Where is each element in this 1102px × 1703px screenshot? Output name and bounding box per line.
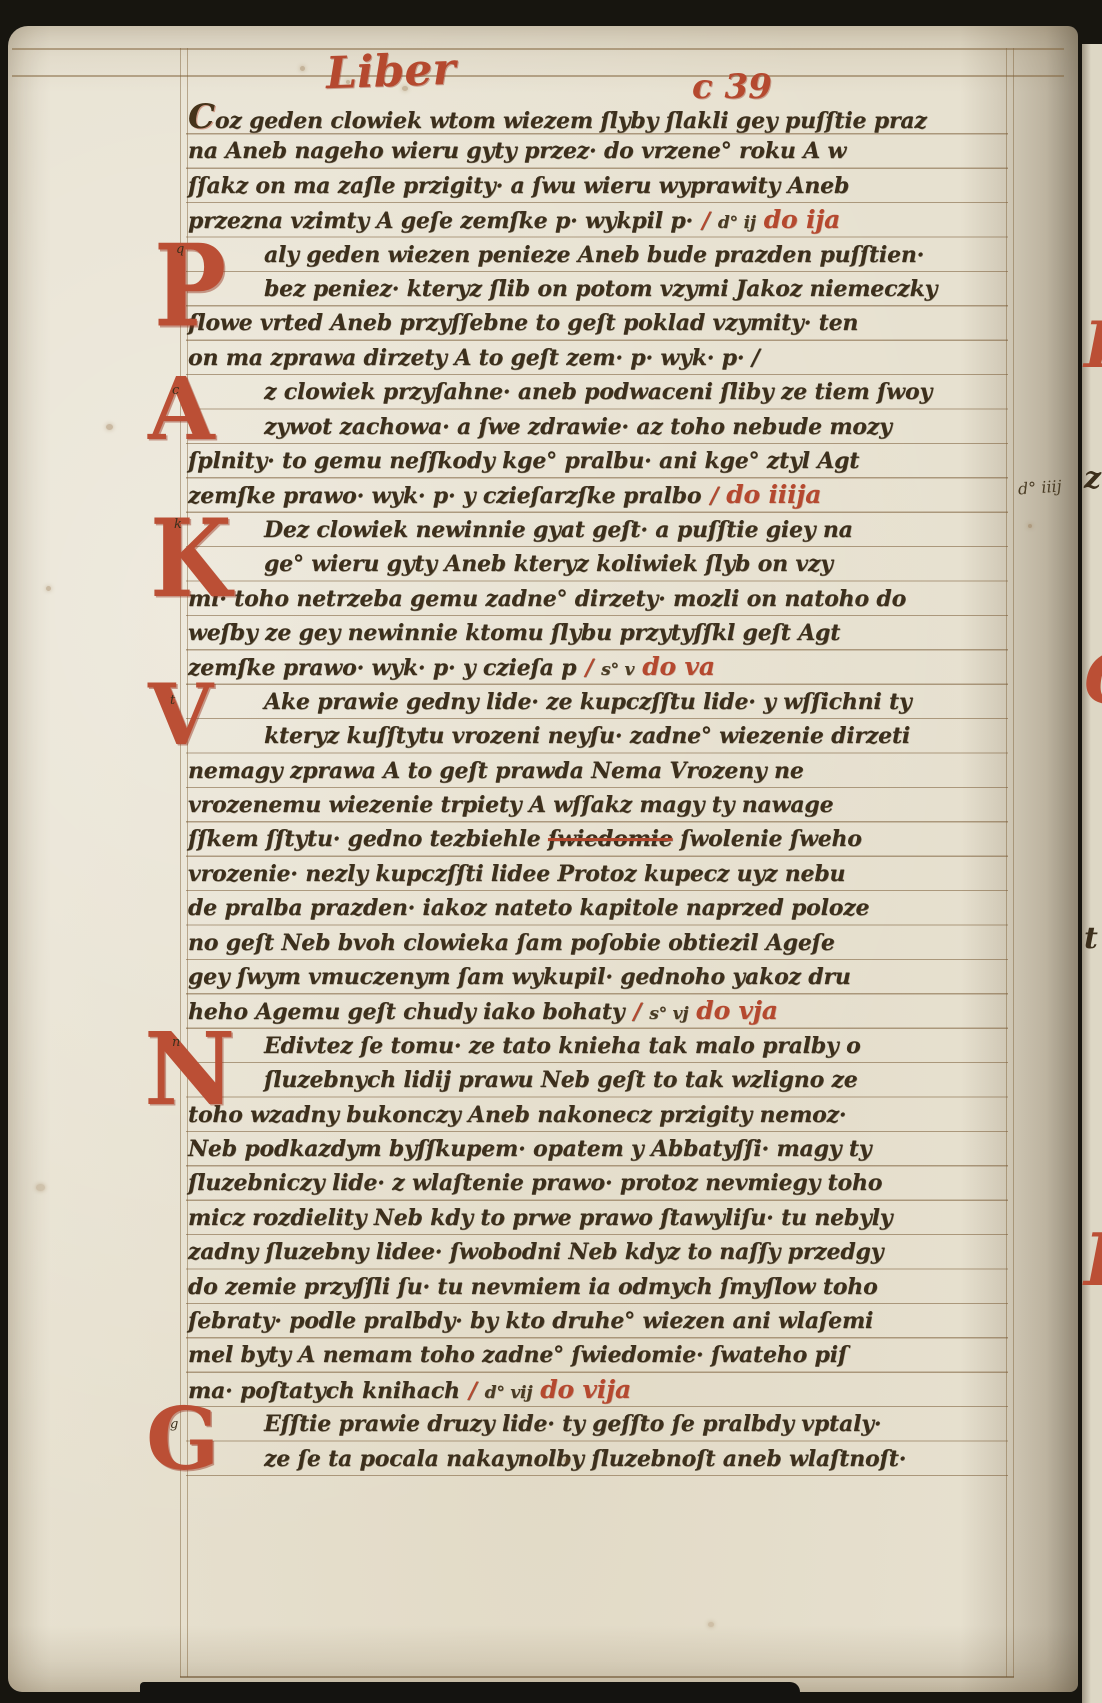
initial-guide-letter: t (170, 693, 175, 708)
ruling-line (180, 1676, 1014, 1678)
text-line: mi· toho netrzeba gemu zadne° dirzety· m… (188, 582, 1006, 616)
paragraph: P q aly geden wiezen penieze Aneb bude p… (188, 238, 1006, 376)
paragraph-lines: Dez clowiek newinnie gyat geſt· a puſſti… (188, 513, 1006, 685)
parchment-stain (46, 586, 51, 591)
text-line: ze ſe ta pocala nakaynolby ſluzebnoſt an… (188, 1442, 1006, 1476)
reference-mark: d° vij (485, 1383, 533, 1403)
running-title: Liber (325, 48, 456, 96)
text-line: mel byty A nemam toho zadne° ſwiedomie· … (188, 1338, 1006, 1372)
text-line: no geſt Neb bvoh clowieka ſam poſobie ob… (188, 926, 1006, 960)
text-line: toho wzadny bukonczy Aneb nakonecz przig… (188, 1098, 1006, 1132)
text-line: heho Agemu geſt chudy iako bohaty/s° vjd… (188, 994, 1006, 1028)
text-line: na Aneb nageho wieru gyty przez· do vrze… (188, 134, 1006, 168)
ruling-line (1013, 48, 1014, 1677)
rubric-reference: do iiija (726, 480, 821, 509)
initial-guide-letter: k (174, 517, 182, 532)
paragraph-lines: Edivtez ſe tomu· ze tato knieha tak malo… (188, 1029, 1006, 1407)
paragraph-lines: Eſſtie prawie druzy lide· ty geſſto ſe p… (188, 1407, 1006, 1476)
rubric-reference: do ija (764, 205, 840, 234)
initial-guide-letter: g (170, 1417, 178, 1432)
parchment-stain (106, 424, 113, 430)
text-line: do zemie przyſſli ſu· tu nevmiem ia odmy… (188, 1270, 1006, 1304)
parchment-stain (1028, 524, 1032, 528)
text-line: bez peniez· kteryz ſlib on potom vzymi J… (188, 272, 1006, 306)
rubric-slash: / (585, 655, 593, 681)
text-line: vrozenie· nezly kupczſſti lidee Protoz k… (188, 857, 1006, 891)
parchment-stain (402, 86, 408, 91)
facing-page-letter-fragment: C (1084, 644, 1102, 714)
text-line: ſſkem ſſtytu· gedno tezbiehle ſwiedomie … (188, 822, 1006, 856)
text-line: zywot zachowa· a ſwe zdrawie· az toho ne… (188, 410, 1006, 444)
parchment-stain (346, 80, 350, 84)
lombard-initial: N (144, 1019, 235, 1119)
lombard-initial: A (148, 367, 215, 453)
text-line: ſſakz on ma zaſle przigity· a ſwu wieru … (188, 169, 1006, 203)
facing-page-edge: P z C t B (1082, 44, 1102, 1703)
book-cradle-strip (140, 1682, 800, 1703)
paragraph-lines: aly geden wiezen penieze Aneb bude prazd… (188, 238, 1006, 376)
chapter-number: c 39 (692, 70, 772, 104)
rubric-reference: do vja (696, 996, 777, 1025)
text-line: zemſke prawo· wyk· p· y czieſa p/s° vdo … (188, 650, 1006, 684)
text-line: gey ſwym vmuczenym ſam wykupil· gednoho … (188, 960, 1006, 994)
initial-guide-letter: n (172, 1035, 180, 1050)
text-line: ge° wieru gyty Aneb kteryz koliwiek ſlyb… (188, 547, 1006, 581)
paragraph: K k Dez clowiek newinnie gyat geſt· a pu… (188, 513, 1006, 685)
lombard-initial: K (150, 505, 232, 613)
text-line: ſluzebnych lidij prawu Neb geſt to tak w… (188, 1063, 1006, 1097)
text-line: Dez clowiek newinnie gyat geſt· a puſſti… (188, 513, 1006, 547)
text-line: zadny ſluzebny lidee· ſwobodni Neb kdyz … (188, 1235, 1006, 1269)
margin-annotation: d° iiij (1017, 477, 1062, 499)
text-line: ſplnity· to gemu neſſkody kge° pralbu· a… (188, 444, 1006, 478)
text-line: kteryz kuſſtytu vrozeni neyſu· zadne° wi… (188, 719, 1006, 753)
paragraph-lines: Ake prawie gedny lide· ze kupczſſtu lide… (188, 685, 1006, 1029)
parchment-stain (708, 1622, 714, 1627)
text-line: weſby ze gey newinnie ktomu ſlybu przyty… (188, 616, 1006, 650)
text-line: ſluzebniczy lide· z wlaſtenie prawo· pro… (188, 1166, 1006, 1200)
facing-page-letter-fragment: z (1084, 464, 1101, 494)
text-line: aly geden wiezen penieze Aneb bude prazd… (188, 238, 1006, 272)
lombard-initial: P (154, 230, 226, 343)
text-line: ſebraty· podle pralbdy· by kto druhe° wi… (188, 1304, 1006, 1338)
facing-page-letter-fragment: B (1084, 1224, 1102, 1296)
rubric-slash: / (469, 1378, 477, 1404)
paragraph: Coz geden clowiek wtom wiezem ſlyby ſlak… (188, 100, 1006, 238)
reference-mark: s° v (601, 660, 634, 680)
parchment-stain (300, 66, 305, 71)
manuscript-photo: { "manuscript": { "header": { "book_titl… (0, 0, 1102, 1703)
text-line: on ma zprawa dirzety A to geſt zem· p· w… (188, 341, 1006, 375)
struck-word: ſwiedomie (548, 826, 673, 852)
text-line: ſlowe vrted Aneb przyſſebne to geſt pokl… (188, 306, 1006, 340)
paragraph: N n Edivtez ſe tomu· ze tato knieha tak … (188, 1029, 1006, 1407)
manuscript-page: Liber c 39 d° iiij Coz geden clowiek wto… (8, 26, 1078, 1692)
facing-page-letter-fragment: P (1084, 314, 1102, 378)
paragraph-lines: Coz geden clowiek wtom wiezem ſlyby ſlak… (188, 100, 1006, 238)
text-line: vrozenemu wiezenie trpiety A wſſakz magy… (188, 788, 1006, 822)
text-line: Neb podkazdym byſſkupem· opatem y Abbaty… (188, 1132, 1006, 1166)
initial-guide-letter: c (172, 383, 179, 398)
text-line: de pralba prazden· iakoz nateto kapitole… (188, 891, 1006, 925)
paragraph-lines: z clowiek przyſahne· aneb podwaceni ſlib… (188, 375, 1006, 513)
initial-guide-letter: q (176, 242, 184, 257)
text-line: z clowiek przyſahne· aneb podwaceni ſlib… (188, 375, 1006, 409)
lombard-initial: V (148, 673, 213, 757)
paragraph: G g Eſſtie prawie druzy lide· ty geſſto … (188, 1407, 1006, 1476)
facing-page-letter-fragment: t (1084, 924, 1098, 954)
rubric-reference: do vija (540, 1375, 631, 1404)
text-line: micz rozdielity Neb kdy to prwe prawo ſt… (188, 1201, 1006, 1235)
rubric-slash: / (702, 208, 710, 234)
text-line: Eſſtie prawie druzy lide· ty geſſto ſe p… (188, 1407, 1006, 1441)
parchment-stain (36, 1184, 45, 1191)
rubric-reference: do va (642, 652, 715, 681)
reference-mark: s° vj (649, 1004, 688, 1024)
paragraph: A c z clowiek przyſahne· aneb podwaceni … (188, 375, 1006, 513)
text-line: zemſke prawo· wyk· p· y czieſarzſke pral… (188, 478, 1006, 512)
text-line: Ake prawie gedny lide· ze kupczſſtu lide… (188, 685, 1006, 719)
text-line: nemagy zprawa A to geſt prawda Nema Vroz… (188, 754, 1006, 788)
text-line: Coz geden clowiek wtom wiezem ſlyby ſlak… (188, 100, 1006, 134)
text-line: ma· poſtatych knihach/d° vijdo vija (188, 1373, 1006, 1407)
ruling-line (12, 75, 1064, 77)
ruling-line (12, 48, 1064, 50)
text-block: Coz geden clowiek wtom wiezem ſlyby ſlak… (188, 100, 1006, 1478)
reference-mark: d° ij (718, 213, 756, 233)
rubric-slash: / (633, 999, 641, 1025)
parchment-stain (564, 1458, 569, 1463)
text-line: przezna vzimty A geſe zemſke p· wykpil p… (188, 203, 1006, 237)
lombard-initial: G (146, 1397, 219, 1483)
rubric-slash: / (710, 483, 718, 509)
paragraph: V t Ake prawie gedny lide· ze kupczſſtu … (188, 685, 1006, 1029)
text-line: Edivtez ſe tomu· ze tato knieha tak malo… (188, 1029, 1006, 1063)
